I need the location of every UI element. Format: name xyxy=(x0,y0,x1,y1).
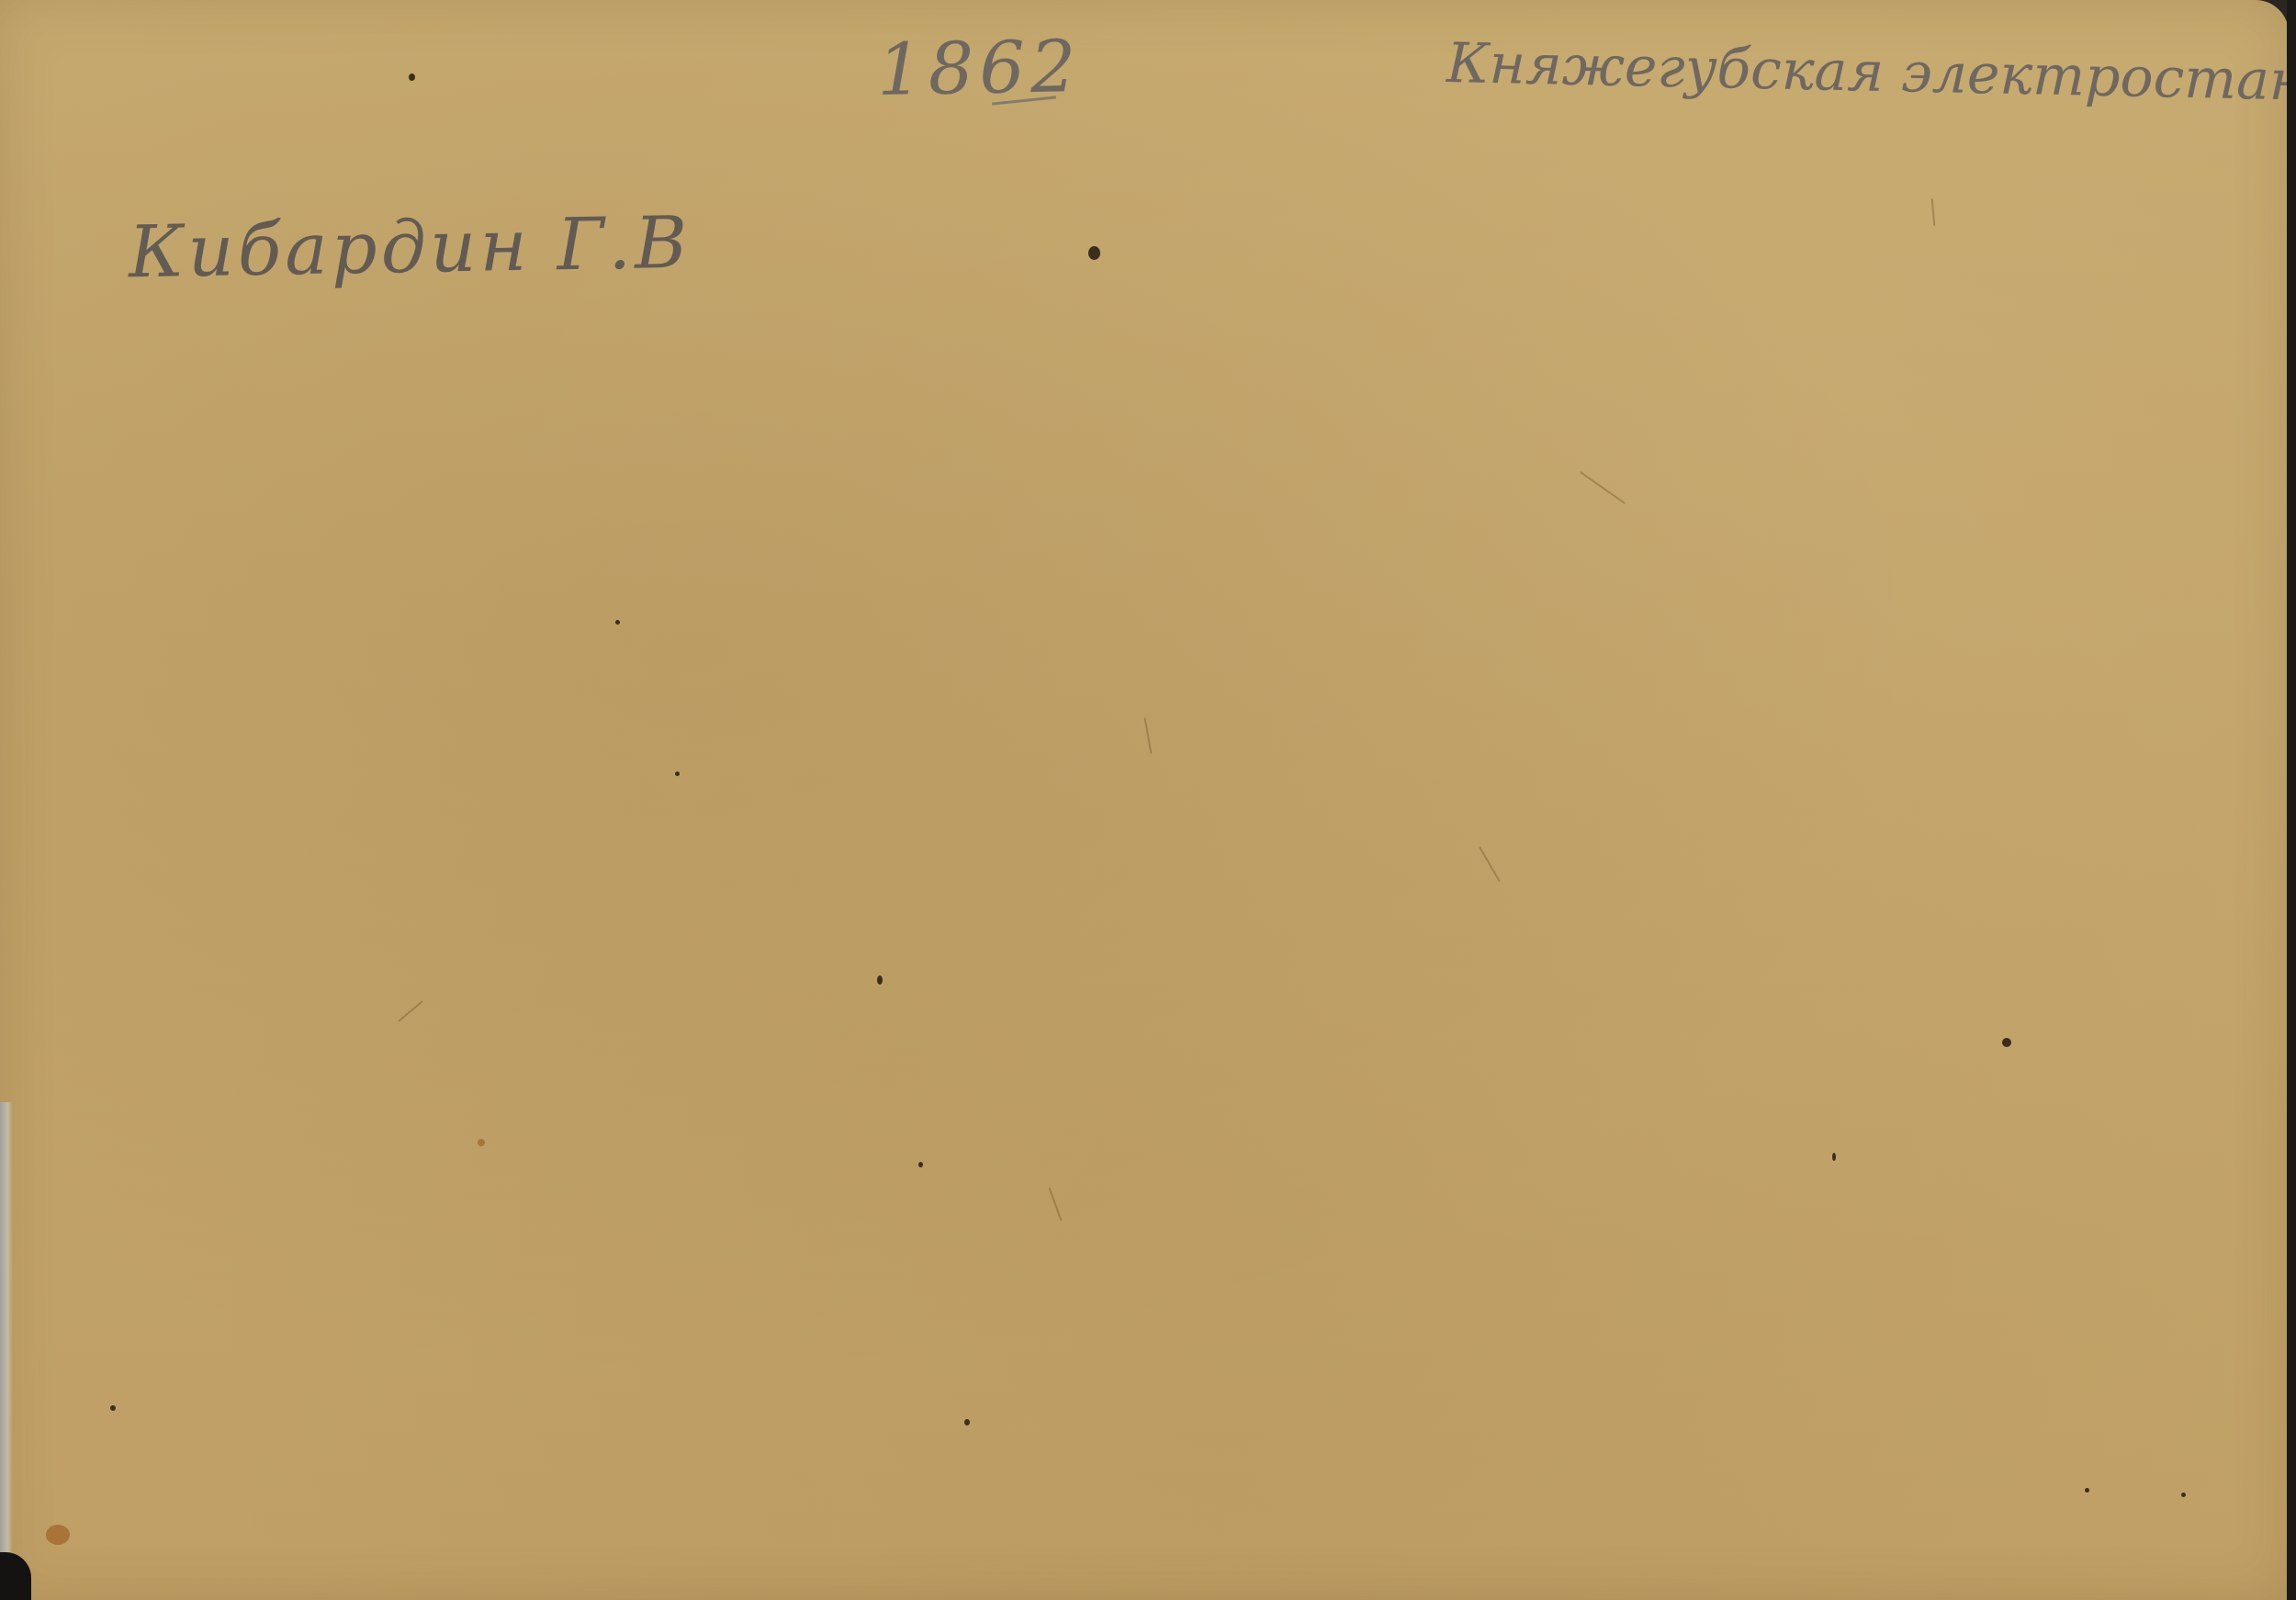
speck xyxy=(1832,1153,1836,1161)
fiber xyxy=(1049,1188,1063,1221)
board-right-edge xyxy=(2287,0,2296,1600)
speck xyxy=(2002,1038,2011,1047)
fiber xyxy=(398,1000,422,1021)
speck xyxy=(110,1405,116,1411)
speck xyxy=(675,772,680,776)
fiber xyxy=(1144,717,1153,754)
photo: 1862 Княжегубская электростанция Кибарди… xyxy=(0,0,2296,1600)
location-inscription: Княжегубская электростанция xyxy=(1446,31,2296,116)
fiber xyxy=(1479,846,1501,882)
board-left-edge xyxy=(0,1102,13,1580)
speck xyxy=(877,975,883,985)
fiber xyxy=(1580,471,1626,504)
speck xyxy=(918,1162,923,1167)
cardboard-backing: 1862 Княжегубская электростанция Кибарди… xyxy=(0,0,2289,1600)
speck xyxy=(409,73,415,81)
speck xyxy=(615,620,620,625)
author-inscription: Кибардин Г.В xyxy=(128,202,692,295)
speck xyxy=(2181,1493,2186,1497)
stain xyxy=(46,1525,70,1545)
speck xyxy=(2085,1488,2089,1493)
fiber xyxy=(1931,198,1936,226)
speck xyxy=(1088,246,1100,260)
stain xyxy=(478,1139,485,1146)
speck xyxy=(964,1419,970,1425)
